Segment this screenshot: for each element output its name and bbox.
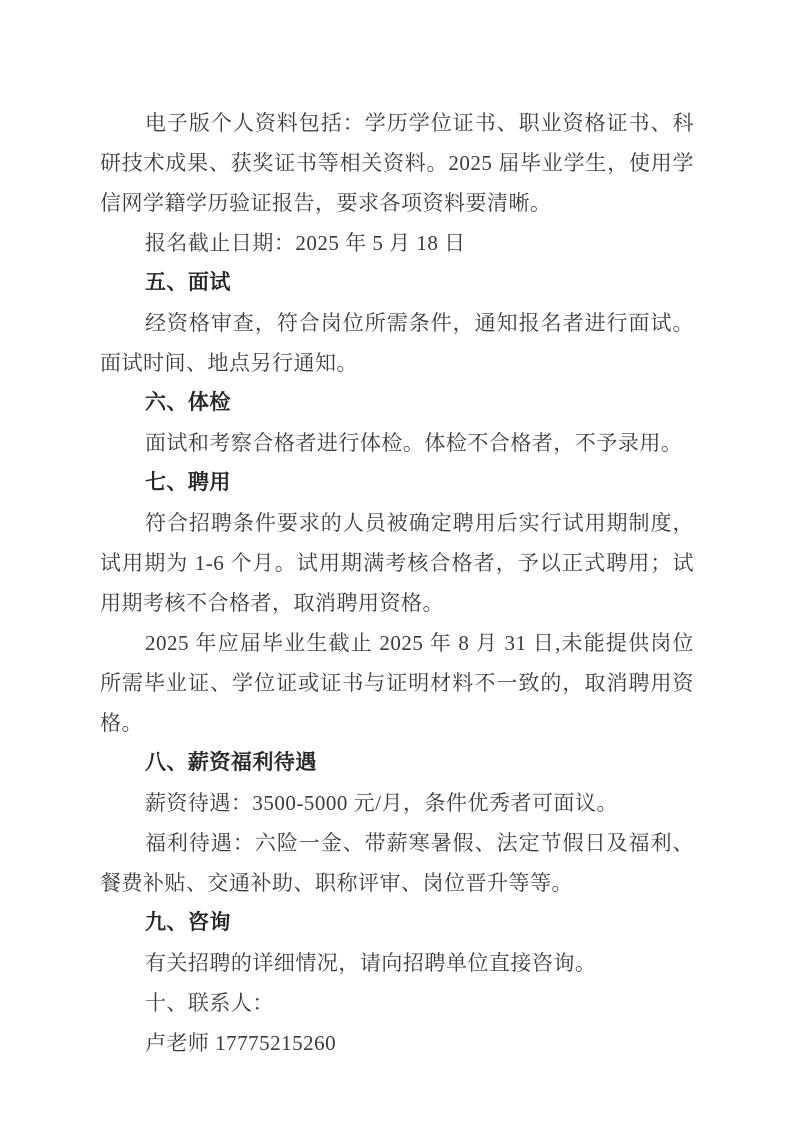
heading-5-interview: 五、面试 bbox=[100, 263, 694, 303]
para-electronic-materials: 电子版个人资料包括：学历学位证书、职业资格证书、科研技术成果、获奖证书等相关资料… bbox=[100, 103, 694, 223]
para-graduate-deadline: 2025 年应届毕业生截止 2025 年 8 月 31 日,未能提供岗位所需毕业… bbox=[100, 623, 694, 743]
para-registration-deadline: 报名截止日期：2025 年 5 月 18 日 bbox=[100, 223, 694, 263]
heading-9-consultation: 九、咨询 bbox=[100, 903, 694, 943]
para-benefits: 福利待遇：六险一金、带薪寒暑假、法定节假日及福利、餐费补贴、交通补助、职称评审、… bbox=[100, 823, 694, 903]
document-page: 电子版个人资料包括：学历学位证书、职业资格证书、科研技术成果、获奖证书等相关资料… bbox=[0, 0, 793, 1122]
para-salary: 薪资待遇：3500-5000 元/月，条件优秀者可面议。 bbox=[100, 783, 694, 823]
heading-6-physical-exam: 六、体检 bbox=[100, 383, 694, 423]
para-probation-period: 符合招聘条件要求的人员被确定聘用后实行试用期制度，试用期为 1-6 个月。试用期… bbox=[100, 503, 694, 623]
para-interview-details: 经资格审查，符合岗位所需条件，通知报名者进行面试。面试时间、地点另行通知。 bbox=[100, 303, 694, 383]
para-physical-exam-details: 面试和考察合格者进行体检。体检不合格者，不予录用。 bbox=[100, 423, 694, 463]
para-consultation-details: 有关招聘的详细情况，请向招聘单位直接咨询。 bbox=[100, 943, 694, 983]
para-contact-person-phone: 卢老师 17775215260 bbox=[100, 1023, 694, 1063]
heading-7-employment: 七、聘用 bbox=[100, 463, 694, 503]
para-contact-heading: 十、联系人： bbox=[100, 983, 694, 1023]
heading-8-salary-benefits: 八、薪资福利待遇 bbox=[100, 743, 694, 783]
